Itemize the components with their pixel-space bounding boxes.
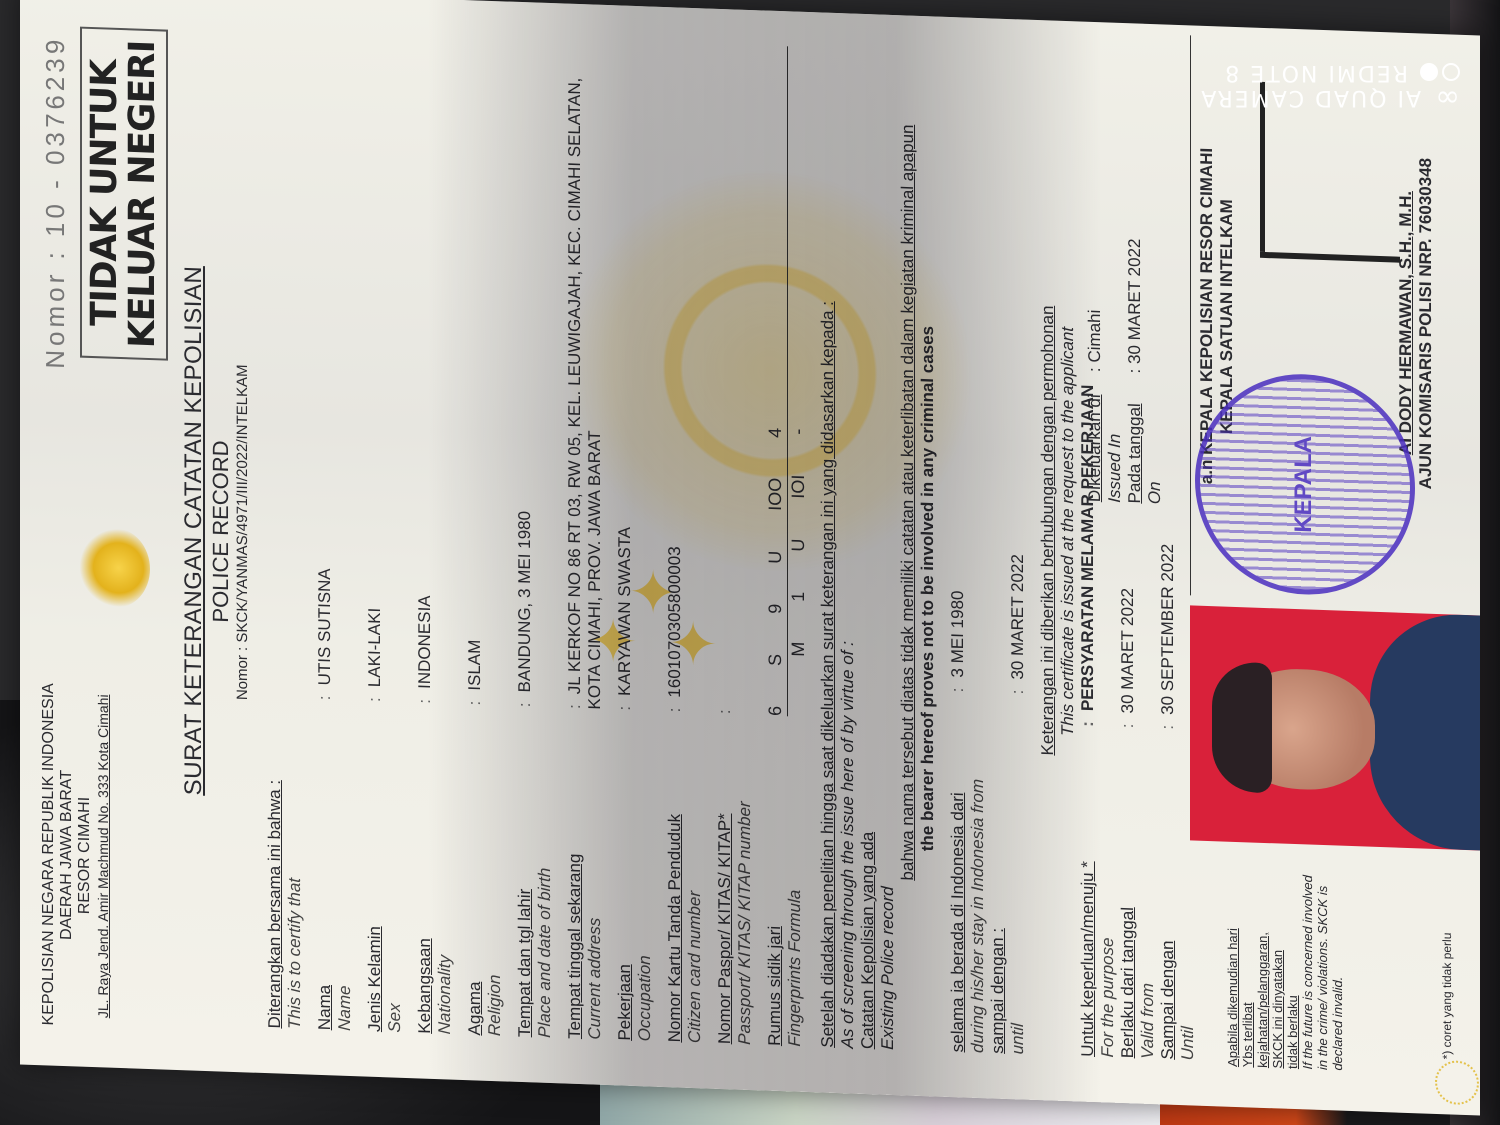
document-photo: ✦ ✦ ✦ KEPOLISIAN NEGARA REPUBLIK INDONES… bbox=[0, 0, 1500, 1125]
issued-in-label: Dikeluarkan di bbox=[1085, 372, 1105, 503]
no-record-statement-english: the bearer hereof proves not to be invol… bbox=[918, 51, 938, 1052]
field-row: Tempat dan tgl lahirPlace and date of bi… bbox=[515, 37, 555, 1038]
fingerprint-symbol: IOO bbox=[765, 477, 785, 511]
note-indonesian: Apabila dikemudian hariYbs terlibatkejah… bbox=[1225, 867, 1300, 1070]
stay-until-label: sampai dengan : bbox=[988, 693, 1008, 1054]
personal-fields: NamaName:UTIS SUTISNAJenis KelaminSex:LA… bbox=[315, 30, 765, 1046]
camera-watermark: ∞ AI QUAD CAMERA REDMI NOTE 8 bbox=[1180, 60, 1460, 110]
field-label: Pekerjaan bbox=[615, 710, 635, 1041]
field-label: Nomor Kartu Tanda Penduduk bbox=[665, 712, 685, 1043]
stay-until-value: 30 MARET 2022 bbox=[1008, 554, 1027, 680]
note-line: tidak berlaku bbox=[1285, 869, 1300, 1070]
issued-on-label-english: On bbox=[1145, 374, 1165, 505]
valid-from-label: Berlaku dari tanggal bbox=[1118, 728, 1138, 1059]
request-statement: Keterangan ini diberikan berhubungan den… bbox=[1038, 55, 1078, 1056]
valid-until-label: Sampai dengan bbox=[1158, 729, 1178, 1060]
field-value bbox=[715, 699, 734, 700]
field-value: UTIS SUTISNA bbox=[315, 568, 334, 686]
stamp-line-1: TIDAK UNTUK bbox=[86, 39, 124, 348]
field-label: Tempat tinggal sekarang bbox=[565, 709, 585, 1040]
fingerprint-label-english: Fingerprints Formula bbox=[785, 716, 805, 1047]
quad-camera-dots-icon bbox=[1420, 64, 1460, 82]
field-row: Nomor Kartu Tanda PendudukCitizen card n… bbox=[665, 42, 705, 1043]
issuance-details: Dikeluarkan di Issued In : Cimahi Pada t… bbox=[1085, 237, 1165, 505]
field-label: Agama bbox=[465, 705, 485, 1036]
purpose-label-english: For the purpose bbox=[1098, 727, 1118, 1058]
intro-row: Diterangkan bersama ini bahwa : This is … bbox=[265, 28, 305, 1029]
valid-from-value: 30 MARET 2022 bbox=[1118, 588, 1137, 714]
infinity-logo-icon: ∞ bbox=[1433, 87, 1460, 109]
field-label-english: Nationality bbox=[435, 704, 455, 1035]
fingerprint-symbol: - bbox=[788, 428, 808, 435]
record-basis-indonesian: Catatan Kepolisian yang ada bbox=[858, 49, 878, 1050]
embossed-seal-icon bbox=[1435, 1060, 1479, 1106]
title-english: POLICE RECORD bbox=[208, 0, 234, 1072]
note-line: Apabila dikemudian hari bbox=[1225, 867, 1240, 1068]
fingerprint-symbol: 6 bbox=[765, 706, 785, 717]
phone-model-line: REDMI NOTE 8 bbox=[1223, 60, 1408, 85]
field-value: BANDUNG, 3 MEI 1980 bbox=[515, 511, 534, 693]
photo-hair bbox=[1212, 661, 1272, 793]
signature bbox=[1260, 252, 1400, 263]
field-label-english: Citizen card number bbox=[685, 713, 705, 1044]
note-line: SKCK ini dinyatakan bbox=[1270, 868, 1285, 1069]
note-line: kejahatan/pelanggaran, bbox=[1255, 868, 1270, 1069]
field-row: AgamaReligion:ISLAM bbox=[465, 35, 505, 1036]
valid-until-value: 30 SEPTEMBER 2022 bbox=[1158, 543, 1177, 715]
issued-on-value: 30 MARET 2022 bbox=[1125, 238, 1144, 364]
field-label: Kebangsaan bbox=[415, 703, 435, 1034]
fingerprint-symbol: IOI bbox=[788, 474, 808, 499]
fingerprint-label: Rumus sidik jari bbox=[765, 716, 785, 1047]
agency-unit: RESOR CIMAHI bbox=[76, 684, 94, 1027]
note-line: Ybs terlibat bbox=[1240, 867, 1255, 1068]
valid-from-row: Berlaku dari tanggal Valid from :30 MARE… bbox=[1118, 58, 1158, 1059]
field-label: Nomor Paspor/ KITAS/ KITAP* bbox=[715, 714, 735, 1045]
stay-from-value: 3 MEI 1980 bbox=[948, 590, 967, 678]
fingerprint-formula-top: 6S9UIOO4 bbox=[765, 46, 788, 717]
agency-address: JL. Raya Jend. Amir Machmud No. 333 Kota… bbox=[94, 685, 112, 1028]
field-value: KARYAWAN SWASTA bbox=[615, 526, 634, 696]
fingerprint-formula-bottom: M1UIOI- bbox=[788, 46, 808, 717]
field-value: ISLAM bbox=[465, 639, 484, 691]
field-value: JL KERKOF NO 86 RT 03, RW 05, KEL. LEUWI… bbox=[565, 77, 604, 710]
field-value: 1601070305800003 bbox=[665, 546, 684, 698]
field-value: INDONESIA bbox=[415, 595, 434, 689]
request-indonesian: Keterangan ini diberikan berhubungan den… bbox=[1038, 55, 1058, 756]
stamp-line-2: KELUAR NEGERI bbox=[124, 40, 162, 349]
camera-model-line: AI QUAD CAMERA bbox=[1199, 85, 1421, 110]
valid-from-label-english: Valid from bbox=[1138, 729, 1158, 1060]
issued-on-label: Pada tanggal bbox=[1125, 373, 1145, 504]
field-row: Nomor Paspor/ KITAS/ KITAP*Passport/ KIT… bbox=[715, 44, 755, 1045]
field-label: Nama bbox=[315, 700, 335, 1031]
serial-number: Nomor : 10 - 0376239 bbox=[40, 35, 71, 369]
field-label-english: Sex bbox=[385, 702, 405, 1033]
fingerprint-symbol: M bbox=[788, 641, 808, 657]
field-value: LAKI-LAKI bbox=[365, 607, 384, 687]
fingerprint-symbol: S bbox=[765, 653, 785, 666]
field-label-english: Religion bbox=[485, 706, 505, 1037]
fingerprint-symbol: 4 bbox=[765, 427, 785, 438]
issuing-agency: KEPOLISIAN NEGARA REPUBLIK INDONESIA DAE… bbox=[40, 683, 112, 1028]
field-label: Jenis Kelamin bbox=[365, 702, 385, 1033]
field-label-english: Place and date of birth bbox=[535, 707, 555, 1038]
field-label-english: Name bbox=[335, 701, 355, 1032]
title-indonesian: SURAT KETERANGAN CATATAN KEPOLISIAN bbox=[180, 0, 208, 1071]
screening-english: As of screening through the issue here o… bbox=[838, 48, 858, 1049]
stay-until-label-english: until bbox=[1008, 694, 1028, 1055]
purpose-label: Untuk keperluan/menuju * bbox=[1078, 726, 1098, 1057]
stay-from-row: selama ia berada di Indonesia dari durin… bbox=[948, 52, 988, 1053]
agency-region: DAERAH JAWA BARAT bbox=[58, 684, 76, 1027]
no-record-statement-indonesian: bahwa nama tersebut diatas tidak memilik… bbox=[898, 50, 918, 1051]
fingerprint-row: Rumus sidik jari Fingerprints Formula 6S… bbox=[765, 46, 808, 1048]
police-record-certificate: ✦ ✦ ✦ KEPOLISIAN NEGARA REPUBLIK INDONES… bbox=[20, 0, 1480, 1115]
document-title: SURAT KETERANGAN CATATAN KEPOLISIAN POLI… bbox=[180, 0, 251, 1073]
agency-name: KEPOLISIAN NEGARA REPUBLIK INDONESIA bbox=[40, 683, 58, 1026]
issued-in-label-english: Issued In bbox=[1105, 372, 1125, 503]
field-label-english: Current address bbox=[585, 709, 605, 1040]
fingerprint-symbol: U bbox=[765, 550, 785, 564]
note-english: If the future is concerned involved in t… bbox=[1300, 869, 1345, 1071]
screening-statement: Setelah diadakan penelitian hingga saat … bbox=[818, 47, 938, 1051]
document-number: Nomor : SKCK/YANMAS/4971/III/2022/INTELK… bbox=[234, 0, 251, 1073]
field-label-english: Passport/ KITAS/ KITAP number bbox=[735, 714, 755, 1045]
field-row: NamaName:UTIS SUTISNA bbox=[315, 30, 355, 1031]
fingerprint-symbol: 1 bbox=[788, 591, 808, 602]
field-row: PekerjaanOccupation:KARYAWAN SWASTA bbox=[615, 40, 655, 1041]
fingerprint-symbol: 9 bbox=[765, 603, 785, 614]
purpose-row: Untuk keperluan/menuju * For the purpose… bbox=[1078, 56, 1118, 1057]
record-basis-english: Existing Police record bbox=[878, 49, 898, 1050]
field-row: KebangsaanNationality:INDONESIA bbox=[415, 33, 455, 1034]
validity-note: Apabila dikemudian hariYbs terlibatkejah… bbox=[1225, 867, 1345, 1071]
request-english: This certificate is issued at the reques… bbox=[1058, 56, 1078, 757]
intro-indonesian: Diterangkan bersama ini bahwa : bbox=[265, 698, 285, 1029]
field-row: Tempat tinggal sekarangCurrent address:J… bbox=[565, 39, 605, 1040]
stay-until-row: sampai dengan : until :30 MARET 2022 bbox=[988, 53, 1028, 1054]
field-label-english: Occupation bbox=[635, 711, 655, 1042]
not-for-abroad-stamp: TIDAK UNTUK KELUAR NEGERI bbox=[80, 27, 168, 361]
fingerprint-symbol: U bbox=[788, 538, 808, 552]
footnote: *) coret yang tidak perlu bbox=[1440, 932, 1454, 1059]
field-label: Tempat dan tgl lahir bbox=[515, 707, 535, 1038]
photo-shirt bbox=[1370, 612, 1480, 851]
police-crest-icon bbox=[80, 527, 150, 609]
intro-english: This is to certify that bbox=[285, 699, 305, 1030]
signatory-rank: AJUN KOMISARIS POLISI NRP. 76030348 bbox=[1416, 43, 1436, 604]
field-row: Jenis KelaminSex:LAKI-LAKI bbox=[365, 32, 405, 1033]
stay-from-label-english: during his/her stay in Indonesia from bbox=[968, 693, 988, 1054]
certificate-form: Diterangkan bersama ini bahwa : This is … bbox=[265, 28, 1198, 1061]
screening-indonesian: Setelah diadakan penelitian hingga saat … bbox=[818, 47, 838, 1048]
applicant-photo bbox=[1190, 605, 1480, 850]
stamp-text: KEPALA bbox=[1290, 379, 1318, 590]
issued-in-value: Cimahi bbox=[1085, 309, 1104, 363]
stay-from-label: selama ia berada di Indonesia dari bbox=[948, 692, 968, 1053]
